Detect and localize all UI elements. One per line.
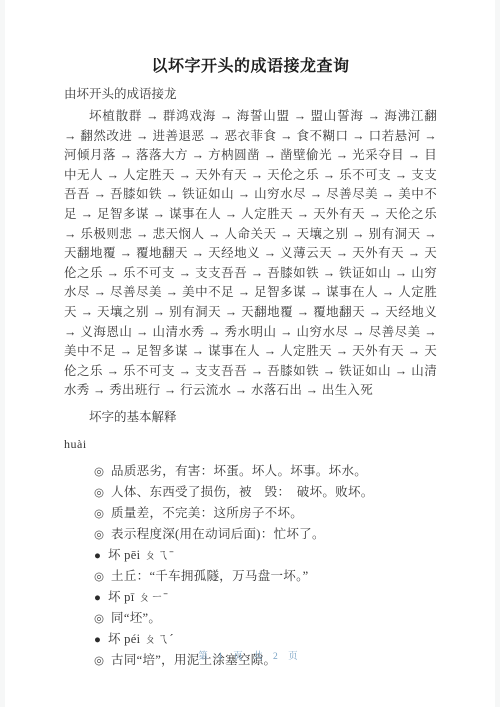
page-footer: 第 1 页 共 2 页 (5, 648, 495, 662)
definition-text: 坏 pēi ㄆㄟˉ (108, 548, 174, 562)
pronunciation-item: ●坏 péi ㄆㄟˊ (64, 629, 437, 650)
document-viewport: 以坏字开头的成语接龙查询 由坏开头的成语接龙 坏植散群 → 群鸿戏海 → 海誓山… (0, 0, 500, 707)
chain-section-heading: 由坏开头的成语接龙 (64, 85, 437, 103)
definition-text: 质量差，不完美：这所房子不坏。 (111, 506, 303, 520)
definition-item: ◎同“坯”。 (64, 608, 437, 629)
definition-item: ◎土丘：“千车拥孤隧，万马盘一坏。” (64, 566, 437, 587)
definition-text: 坏 pī ㄆㄧˉ (108, 590, 168, 604)
definition-text: 坏 péi ㄆㄟˊ (108, 632, 174, 646)
ring-bullet-icon: ◎ (94, 525, 104, 545)
ring-bullet-icon: ◎ (94, 567, 104, 587)
ring-bullet-icon: ◎ (94, 483, 104, 503)
filled-bullet-icon: ● (94, 630, 101, 650)
filled-bullet-icon: ● (94, 588, 101, 608)
pronunciation-item: ●坏 pī ㄆㄧˉ (64, 587, 437, 608)
ring-bullet-icon: ◎ (94, 462, 104, 482)
ring-bullet-icon: ◎ (94, 504, 104, 524)
definition-item: ◎人体、东西受了损伤，被 毁： 破坏。败坏。 (64, 482, 437, 503)
definition-text: 表示程度深(用在动词后面)：忙坏了。 (111, 527, 325, 541)
definition-text: 土丘：“千车拥孤隧，万马盘一坏。” (111, 569, 308, 583)
definition-list: ◎品质恶劣，有害：坏蛋。坏人。坏事。坏水。◎人体、东西受了损伤，被 毁： 破坏。… (64, 461, 437, 671)
definition-item: ◎表示程度深(用在动词后面)：忙坏了。 (64, 524, 437, 545)
definition-item: ◎质量差，不完美：这所房子不坏。 (64, 503, 437, 524)
document-page: 以坏字开头的成语接龙查询 由坏开头的成语接龙 坏植散群 → 群鸿戏海 → 海誓山… (5, 0, 495, 707)
idiom-chain-paragraph: 坏植散群 → 群鸿戏海 → 海誓山盟 → 盟山誓海 → 海沸江翻 → 翻然改进 … (64, 107, 437, 401)
pronunciation-item: ●坏 pēi ㄆㄟˉ (64, 545, 437, 566)
explanation-section-heading: 坏字的基本解释 (64, 408, 437, 426)
ring-bullet-icon: ◎ (94, 609, 104, 629)
page-title: 以坏字开头的成语接龙查询 (64, 56, 437, 78)
definition-item: ◎品质恶劣，有害：坏蛋。坏人。坏事。坏水。 (64, 461, 437, 482)
definition-text: 同“坯”。 (111, 611, 161, 625)
definition-text: 人体、东西受了损伤，被 毁： 破坏。败坏。 (111, 485, 374, 499)
filled-bullet-icon: ● (94, 546, 101, 566)
definition-text: 品质恶劣，有害：坏蛋。坏人。坏事。坏水。 (111, 464, 367, 478)
page-number-text: 第 1 页 共 2 页 (198, 652, 301, 662)
pinyin-text: huài (64, 436, 437, 452)
